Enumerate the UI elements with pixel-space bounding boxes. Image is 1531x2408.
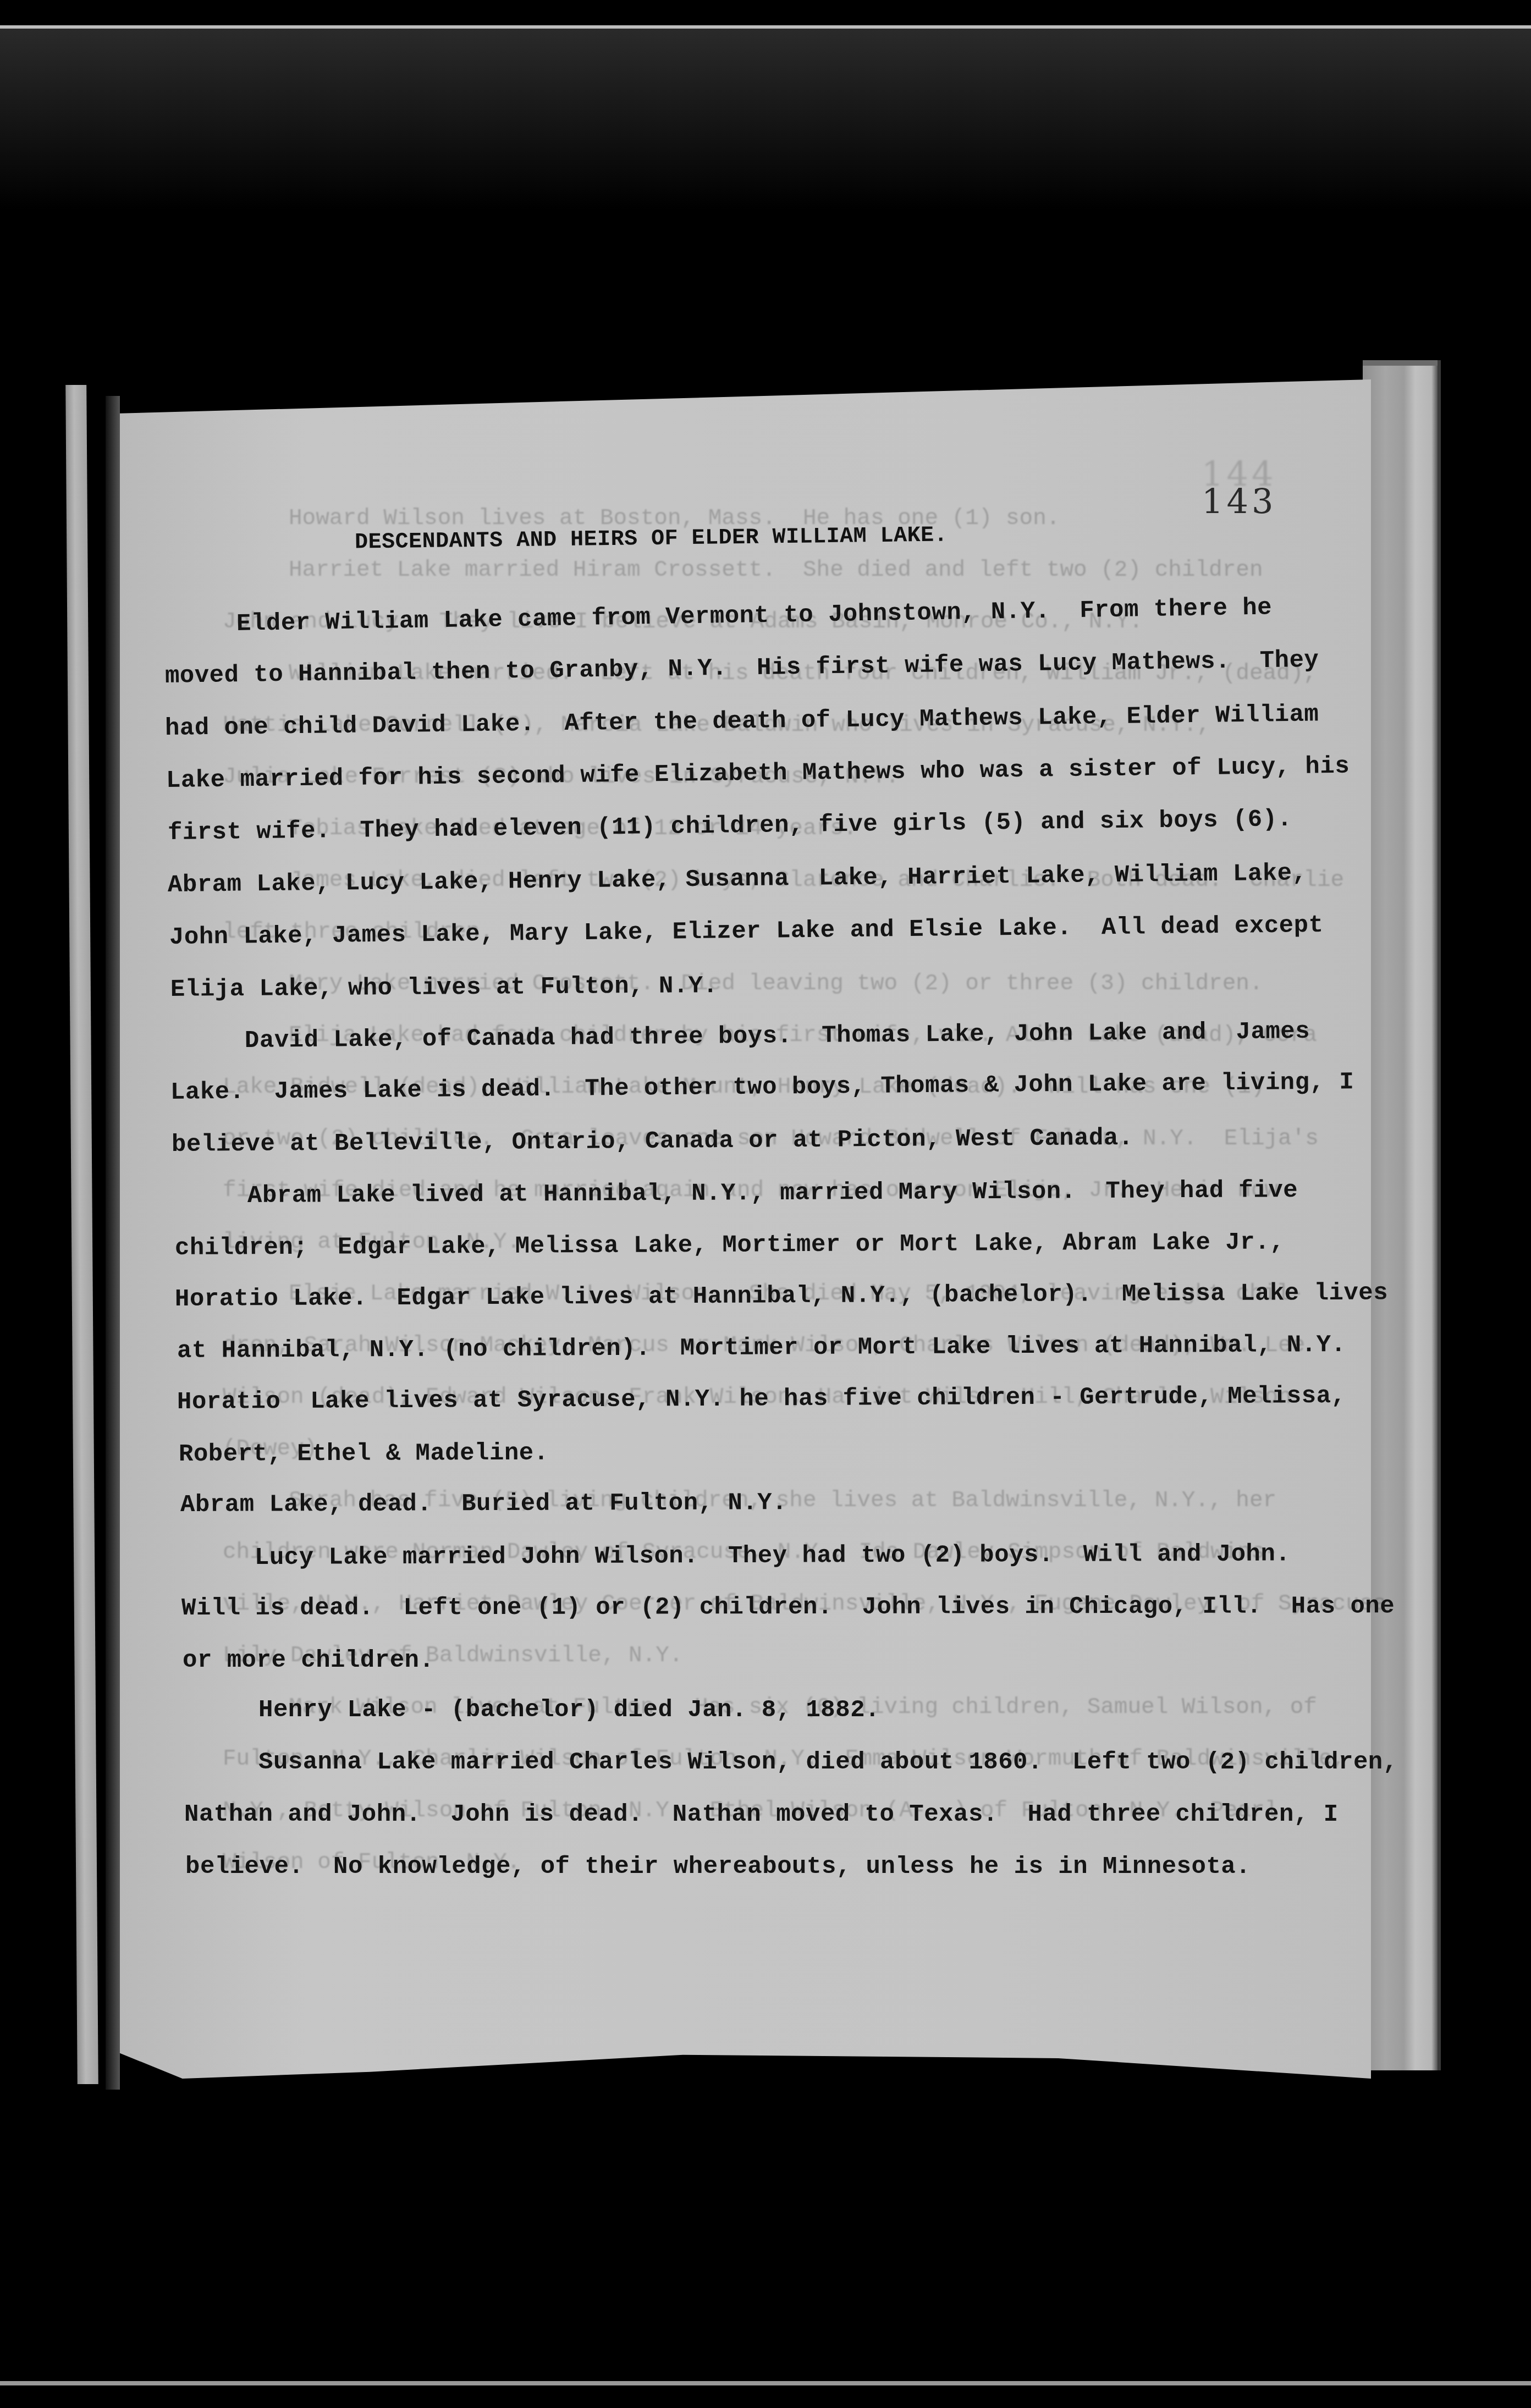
- gutter-shadow: [106, 396, 120, 2090]
- text-line: Will is dead. Left one (1) or (2) childr…: [181, 1593, 1395, 1622]
- text-line: or more children.: [183, 1647, 434, 1674]
- stacked-page-edges: [1363, 360, 1441, 2070]
- text-line: Susanna Lake married Charles Wilson, die…: [258, 1749, 1398, 1776]
- text-line: children; Edgar Lake, Melissa Lake, Mort…: [175, 1228, 1285, 1262]
- text-line: Abram Lake lived at Hannibal, N.Y., marr…: [247, 1177, 1298, 1210]
- text-line: Lucy Lake married John Wilson. They had …: [255, 1540, 1290, 1572]
- text-line: Henry Lake - (bachelor) died Jan. 8, 188…: [258, 1696, 880, 1724]
- film-top-band: [0, 0, 1531, 25]
- text-line: believe. No knowledge, of their whereabo…: [185, 1853, 1251, 1881]
- text-line: Nathan and John. John is dead. Nathan mo…: [184, 1801, 1339, 1828]
- bleed-line: Harriet Lake married Hiram Crossett. She…: [289, 558, 1263, 583]
- text-line: Robert, Ethel & Madeline.: [179, 1440, 549, 1468]
- film-bottom-rule: [0, 2381, 1531, 2385]
- film-grain: [0, 29, 1531, 210]
- text-line: Elija Lake, who lives at Fulton, N.Y.: [170, 972, 718, 1004]
- left-page-edge: [65, 385, 98, 2084]
- text-line: Abram Lake, dead. Buried at Fulton, N.Y.: [180, 1489, 787, 1519]
- page-number: 143: [1202, 481, 1276, 521]
